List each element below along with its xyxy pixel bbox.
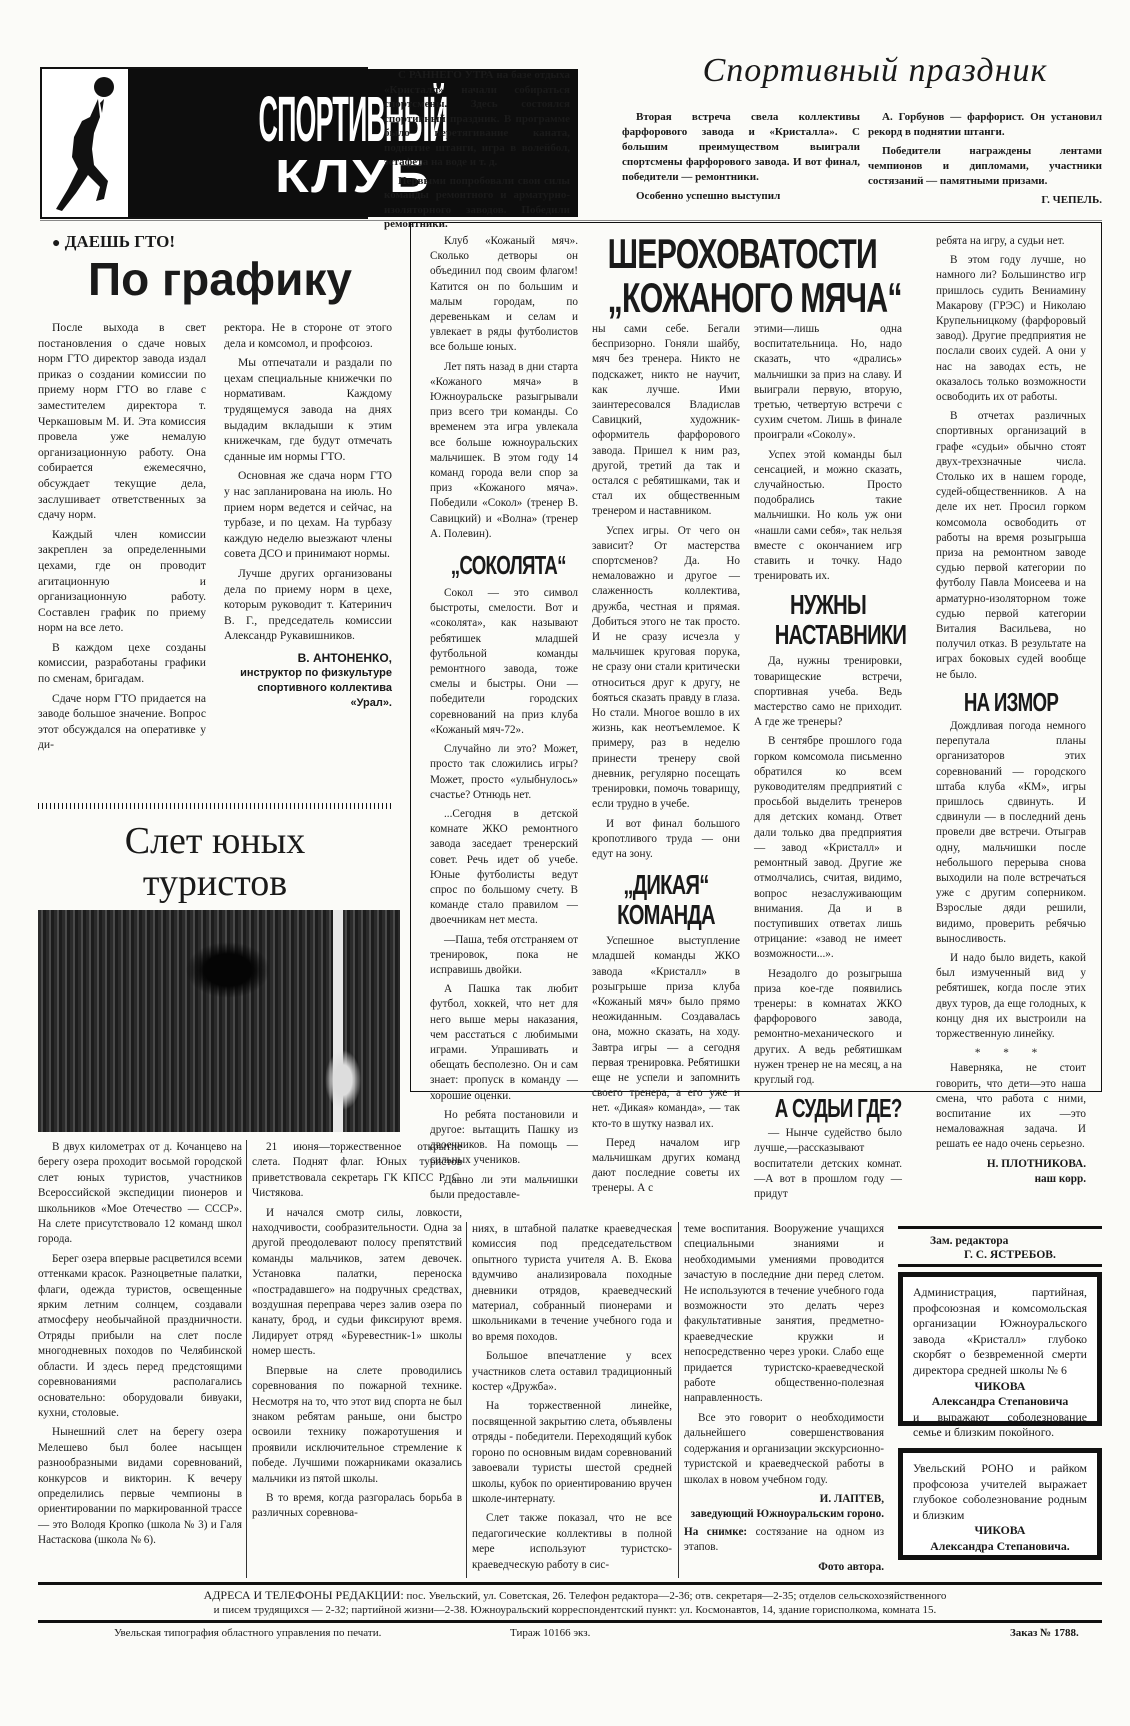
deputy-editor: Зам. редактора Г. С. ЯСТРЕБОВ. xyxy=(930,1234,1056,1262)
paragraph: Успешное выступление младшей команды ЖКО… xyxy=(592,934,740,1132)
paragraph: Все это говорит о необходимости дальнейш… xyxy=(684,1411,884,1488)
column-rule xyxy=(678,1222,679,1578)
paragraph: После выхода в свет постановления о сдач… xyxy=(38,320,206,523)
paragraph: Каждый член комиссии закреплен за опреде… xyxy=(38,527,206,636)
kozhany-signature-role: наш корр. xyxy=(936,1172,1086,1187)
tourists-col3: ниях, в штабной палатке краеведческая ко… xyxy=(472,1222,672,1577)
divider xyxy=(898,1264,1102,1267)
athlete-silhouette-icon xyxy=(42,69,128,217)
column-rule xyxy=(246,1140,247,1578)
paragraph: ребята на игру, а судьи нет. xyxy=(936,234,1086,249)
sports-club-logo: СПОРТИВНЫЙ КЛУБ xyxy=(40,67,368,219)
paragraph: Мы отпечатали и раздали по цехам специал… xyxy=(224,355,392,464)
paragraph: Незадолго до розыгрыша приза кое-где поя… xyxy=(754,967,902,1089)
divider xyxy=(38,1620,1102,1623)
paragraph: Перед началом игр мальчишкам других кома… xyxy=(592,1136,740,1197)
subhead-nuzhny: НУЖНЫ НАСТАВНИКИ xyxy=(775,590,882,650)
decorative-divider xyxy=(38,803,392,809)
paragraph: В этом году лучше, но намного ли? Больши… xyxy=(936,253,1086,405)
paragraph: Берег озера впервые расцветился всеми от… xyxy=(38,1252,242,1421)
holiday-intro: С РАННЕГО УТРА на базе отдыха «Кристалл»… xyxy=(384,68,570,236)
paragraph: Особенно успешно выступил xyxy=(622,189,860,204)
holiday-col1: Вторая встреча свела коллективы фарфоров… xyxy=(622,110,860,208)
printer-info: Увельская типография областного управлен… xyxy=(114,1627,381,1639)
paragraph: Основная же сдача норм ГТО у нас заплани… xyxy=(224,468,392,562)
paragraph: Вторая встреча свела коллективы фарфоров… xyxy=(622,110,860,185)
subhead-izmor: НА ИЗМОР xyxy=(957,687,1065,717)
paragraph: теме воспитания. Вооружение учащихся спе… xyxy=(684,1222,884,1407)
paragraph: В двух километрах от д. Кочанцево на бер… xyxy=(38,1140,242,1248)
paragraph: Успех игры. От чего он зависит? От масте… xyxy=(592,524,740,813)
paragraph: И вот финал большого кропотливого труда … xyxy=(592,817,740,863)
holiday-col2: А. Горбунов — фарфорист. Он установил ре… xyxy=(868,110,1102,208)
paragraph: Но ребята постановили и другое: вытащить… xyxy=(430,1108,578,1169)
paragraph: Слет также показал, что не все педагогич… xyxy=(472,1511,672,1573)
kozhany-col3: этими—лишь одна воспитательница. Но, над… xyxy=(754,322,902,1206)
subhead-sudi: А СУДЬИ ГДЕ? xyxy=(775,1092,882,1124)
paragraph: С РАННЕГО УТРА на базе отдыха «Кристалл»… xyxy=(384,68,570,170)
gto-signature-name: В. АНТОНЕНКО, xyxy=(224,650,392,666)
gto-col2: ректора. Не в стороне от этого дела и ко… xyxy=(224,320,392,711)
paragraph: Лучше других организованы дела по приему… xyxy=(224,566,392,644)
paragraph: Да, нужны тренировки, товарищеские встре… xyxy=(754,654,902,730)
paragraph: Нынешний слет на берегу озера Мелешево б… xyxy=(38,1425,242,1548)
subhead-dikaya: „ДИКАЯ“ КОМАНДА xyxy=(613,870,720,930)
paragraph: ректора. Не в стороне от этого дела и ко… xyxy=(224,320,392,351)
kozhany-col2: ны сами себе. Бегали беспризорно. Гоняли… xyxy=(592,322,740,1201)
paragraph: этими—лишь одна воспитательница. Но, над… xyxy=(754,322,902,444)
paragraph: Лет пять назад в дни старта «Кожаного мя… xyxy=(430,360,578,542)
paragraph: Успех этой команды был сенсацией, и можн… xyxy=(754,448,902,585)
stars-divider: * * * xyxy=(936,1046,1086,1061)
paragraph: А Пашка так любит футбол, хоккей, что не… xyxy=(430,982,578,1104)
paragraph: На торжественной линейке, посвященной за… xyxy=(472,1399,672,1507)
photo-caption: На снимке: состязание на одном из этапов… xyxy=(684,1525,884,1556)
paragraph: В каждом цехе созданы комиссии, разработ… xyxy=(38,640,206,687)
tourists-photo xyxy=(38,910,400,1132)
circulation: Тираж 10166 экз. xyxy=(510,1627,590,1639)
gto-title: По графику xyxy=(60,252,380,306)
photo-credit: Фото автора. xyxy=(684,1560,884,1575)
paragraph: ны сами себе. Бегали беспризорно. Гоняли… xyxy=(592,322,740,520)
paragraph: Наверняка, не стоит говорить, что дети—э… xyxy=(936,1061,1086,1152)
kozhany-col4: ребята на игру, а судьи нет. В этом году… xyxy=(936,234,1086,1187)
paragraph: В сентябре прошлого года горком комсомол… xyxy=(754,734,902,962)
paragraph: ниях, в штабной палатке краеведческая ко… xyxy=(472,1222,672,1345)
gto-kicker: ● ДАЕШЬ ГТО! xyxy=(52,232,175,252)
paragraph: Большое впечатление у всех участников сл… xyxy=(472,1349,672,1395)
divider xyxy=(898,1226,1102,1229)
divider xyxy=(38,1582,1102,1585)
kozhany-signature-name: Н. ПЛОТНИКОВА. xyxy=(936,1157,1086,1172)
tourists-col4: теме воспитания. Вооружение учащихся спе… xyxy=(684,1222,884,1575)
paragraph: Впервые на слете проводились соревновани… xyxy=(252,1364,462,1487)
paragraph: Клуб «Кожаный мяч». Сколько детворы он о… xyxy=(430,234,578,356)
paragraph: Сокол — это символ быстроты, смелости. В… xyxy=(430,586,578,738)
gto-col1: После выхода в свет постановления о сдач… xyxy=(38,320,206,757)
editorial-addresses: АДРЕСА И ТЕЛЕФОНЫ РЕДАКЦИИ: пос. Увельск… xyxy=(50,1588,1100,1617)
paragraph: Сдаче норм ГТО придается на заводе больш… xyxy=(38,691,206,753)
divider xyxy=(40,220,1102,221)
paragraph: ...Сегодня в детской комнате ЖКО ремонтн… xyxy=(430,807,578,929)
paragraph: Давно ли эти мальчишки были предоставле- xyxy=(430,1173,578,1203)
subhead-sokolyata: „СОКОЛЯТА“ xyxy=(451,548,558,582)
tourists-col1: В двух километрах от д. Кочанцево на бер… xyxy=(38,1140,242,1553)
order-number: Заказ № 1788. xyxy=(1010,1627,1079,1639)
obituary-notice: Администрация, партийная, профсоюзная и … xyxy=(898,1272,1102,1426)
kozhany-col1: Клуб «Кожаный мяч». Сколько детворы он о… xyxy=(430,234,578,1207)
gto-signature-role: инструктор по физкультуре спортивного ко… xyxy=(224,666,392,711)
tourists-signature-name: И. ЛАПТЕВ, xyxy=(684,1492,884,1507)
tourists-title: Слет юных туристов xyxy=(38,820,392,904)
paragraph: — Нынче судейство было лучше,—рассказыва… xyxy=(754,1126,902,1202)
paragraph: А. Горбунов — фарфорист. Он установил ре… xyxy=(868,110,1102,140)
paragraph: И надо было видеть, какой был измученный… xyxy=(936,951,1086,1042)
kozhany-title: ШЕРОХОВАТОСТИ „КОЖАНОГО МЯЧА“ xyxy=(608,232,853,320)
obituary-notice: Увельский РОНО и райком профсоюза учител… xyxy=(898,1448,1102,1560)
holiday-title: Спортивный праздник xyxy=(650,52,1100,90)
paragraph: Случайно ли это? Может, просто так сложи… xyxy=(430,742,578,803)
signature: Г. ЧЕПЕЛЬ. xyxy=(868,193,1102,208)
paragraph: В отчетах различных спортивных организац… xyxy=(936,409,1086,683)
paragraph: Победители награждены лентами чемпионов … xyxy=(868,144,1102,189)
paragraph: Дождливая погода немного перепутала план… xyxy=(936,719,1086,947)
paragraph: В то время, когда разгоралась борьба в р… xyxy=(252,1491,462,1522)
paragraph: —Паша, тебя отстраняем от тренировок, по… xyxy=(430,933,578,979)
paragraph: И начался смотр силы, ловкости, находчив… xyxy=(252,1206,462,1360)
column-rule xyxy=(466,1222,467,1578)
tourists-signature-role: заведующий Южноуральским гороно. xyxy=(684,1507,884,1522)
